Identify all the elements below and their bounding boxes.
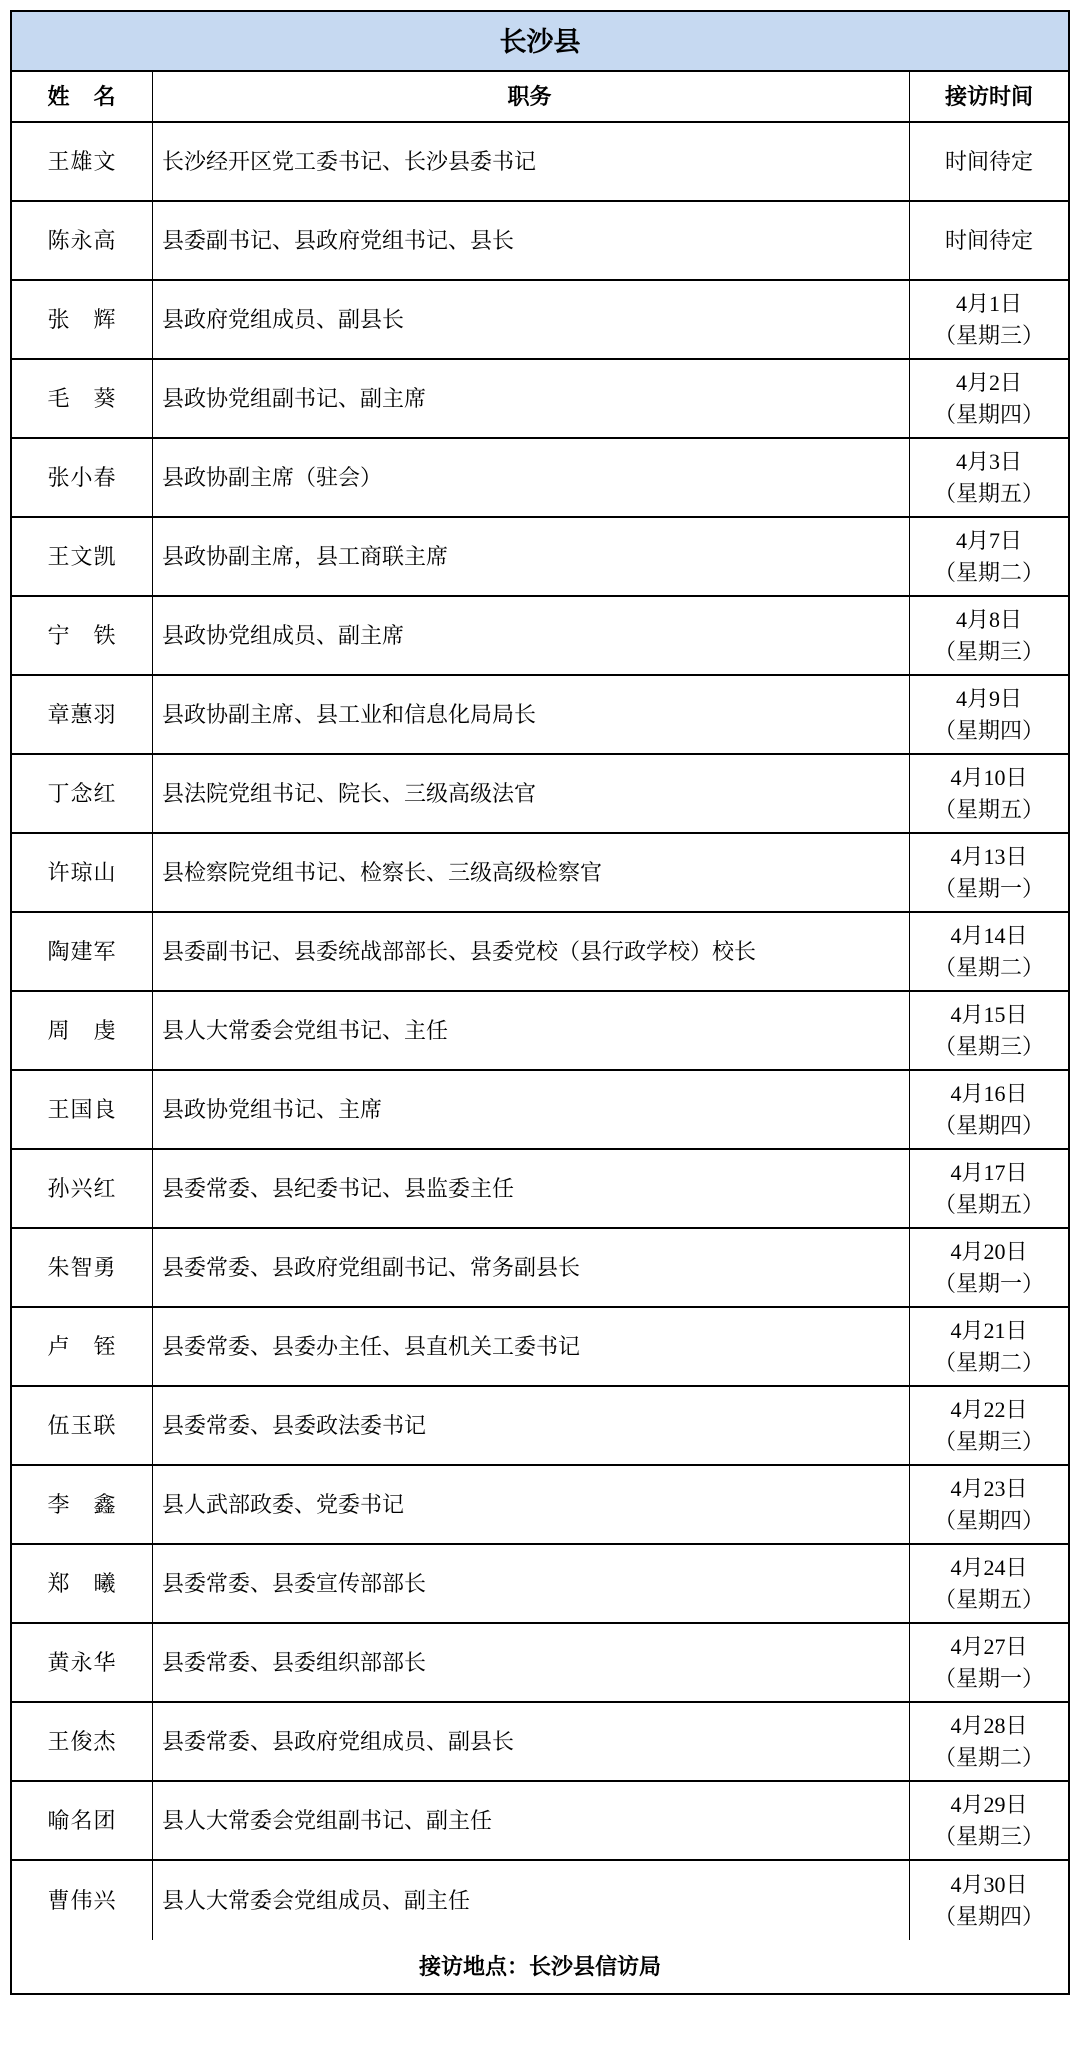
table-row: 朱智勇 县委常委、县政府党组副书记、常务副县长 4月20日 （星期一）	[12, 1229, 1068, 1308]
table-row: 陈永高 县委副书记、县政府党组书记、县长 时间待定	[12, 202, 1068, 281]
table-row: 王俊杰 县委常委、县政府党组成员、副县长 4月28日 （星期二）	[12, 1703, 1068, 1782]
table-row: 黄永华 县委常委、县委组织部部长 4月27日 （星期一）	[12, 1624, 1068, 1703]
visit-date: 4月23日	[950, 1473, 1027, 1505]
visit-weekday: （星期四）	[934, 399, 1044, 431]
visit-date: 4月1日	[956, 288, 1022, 320]
visit-time-cell: 4月14日 （星期二）	[910, 913, 1068, 990]
table-row: 曹伟兴 县人大常委会党组成员、副主任 4月30日 （星期四）	[12, 1861, 1068, 1940]
visit-time-cell: 4月17日 （星期五）	[910, 1150, 1068, 1227]
official-name: 黄永华	[12, 1624, 152, 1701]
official-position: 县检察院党组书记、检察长、三级高级检察官	[152, 834, 910, 911]
table-body: 王雄文 长沙经开区党工委书记、长沙县委书记 时间待定 陈永高 县委副书记、县政府…	[12, 123, 1068, 1940]
visit-weekday: （星期三）	[934, 1031, 1044, 1063]
visit-time-cell: 4月29日 （星期三）	[910, 1782, 1068, 1859]
table-row: 张 辉 县政府党组成员、副县长 4月1日 （星期三）	[12, 281, 1068, 360]
official-position: 县委副书记、县政府党组书记、县长	[152, 202, 910, 279]
visit-time-cell: 4月20日 （星期一）	[910, 1229, 1068, 1306]
official-name: 王俊杰	[12, 1703, 152, 1780]
official-name: 丁念红	[12, 755, 152, 832]
official-position: 县人武部政委、党委书记	[152, 1466, 910, 1543]
visit-date: 4月15日	[950, 999, 1027, 1031]
visit-time-cell: 时间待定	[910, 202, 1068, 279]
visit-date: 4月10日	[950, 762, 1027, 794]
official-name: 许琼山	[12, 834, 152, 911]
official-position: 县人大常委会党组成员、副主任	[152, 1861, 910, 1940]
official-position: 县政协副主席、县工业和信息化局局长	[152, 676, 910, 753]
visit-date: 4月27日	[950, 1631, 1027, 1663]
official-position: 县政协党组成员、副主席	[152, 597, 910, 674]
visit-date: 4月13日	[950, 841, 1027, 873]
visit-weekday: （星期五）	[934, 794, 1044, 826]
table-row: 王雄文 长沙经开区党工委书记、长沙县委书记 时间待定	[12, 123, 1068, 202]
official-position: 县政协副主席（驻会）	[152, 439, 910, 516]
county-title-bar: 长沙县	[12, 12, 1068, 72]
table-row: 郑 曦 县委常委、县委宣传部部长 4月24日 （星期五）	[12, 1545, 1068, 1624]
official-position: 长沙经开区党工委书记、长沙县委书记	[152, 123, 910, 200]
table-row: 章蕙羽 县政协副主席、县工业和信息化局局长 4月9日 （星期四）	[12, 676, 1068, 755]
visit-weekday: （星期四）	[934, 1110, 1044, 1142]
visit-weekday: （星期三）	[934, 320, 1044, 352]
county-title: 长沙县	[500, 27, 581, 57]
table-row: 王国良 县政协党组书记、主席 4月16日 （星期四）	[12, 1071, 1068, 1150]
visit-date: 4月7日	[956, 525, 1022, 557]
visit-date: 4月8日	[956, 604, 1022, 636]
table-footer-row: 接访地点：长沙县信访局	[12, 1940, 1068, 1993]
official-position: 县法院党组书记、院长、三级高级法官	[152, 755, 910, 832]
visit-date: 4月21日	[950, 1315, 1027, 1347]
visit-time-cell: 4月15日 （星期三）	[910, 992, 1068, 1069]
official-position: 县委常委、县纪委书记、县监委主任	[152, 1150, 910, 1227]
visit-date: 4月24日	[950, 1552, 1027, 1584]
visit-time-cell: 4月9日 （星期四）	[910, 676, 1068, 753]
table-row: 陶建军 县委副书记、县委统战部部长、县委党校（县行政学校）校长 4月14日 （星…	[12, 913, 1068, 992]
official-position: 县政协党组副书记、副主席	[152, 360, 910, 437]
official-name: 陶建军	[12, 913, 152, 990]
visit-date: 时间待定	[945, 225, 1033, 257]
visit-date: 时间待定	[945, 146, 1033, 178]
visit-time-cell: 4月30日 （星期四）	[910, 1861, 1068, 1940]
official-position: 县人大常委会党组副书记、副主任	[152, 1782, 910, 1859]
official-position: 县委常委、县委政法委书记	[152, 1387, 910, 1464]
table-row: 孙兴红 县委常委、县纪委书记、县监委主任 4月17日 （星期五）	[12, 1150, 1068, 1229]
official-name: 卢 铚	[12, 1308, 152, 1385]
visit-date: 4月2日	[956, 367, 1022, 399]
official-position: 县委常委、县委组织部部长	[152, 1624, 910, 1701]
visit-time-cell: 4月2日 （星期四）	[910, 360, 1068, 437]
visit-time-cell: 4月27日 （星期一）	[910, 1624, 1068, 1701]
visit-weekday: （星期五）	[934, 478, 1044, 510]
visit-time-cell: 4月8日 （星期三）	[910, 597, 1068, 674]
table-row: 伍玉联 县委常委、县委政法委书记 4月22日 （星期三）	[12, 1387, 1068, 1466]
table-row: 李 鑫 县人武部政委、党委书记 4月23日 （星期四）	[12, 1466, 1068, 1545]
visit-weekday: （星期一）	[934, 1268, 1044, 1300]
table-row: 卢 铚 县委常委、县委办主任、县直机关工委书记 4月21日 （星期二）	[12, 1308, 1068, 1387]
official-name: 张小春	[12, 439, 152, 516]
schedule-table: 长沙县 姓 名 职务 接访时间 王雄文 长沙经开区党工委书记、长沙县委书记 时间…	[10, 10, 1070, 1995]
visit-weekday: （星期四）	[934, 715, 1044, 747]
visit-weekday: （星期三）	[934, 636, 1044, 668]
visit-weekday: （星期三）	[934, 1821, 1044, 1853]
visit-date: 4月17日	[950, 1157, 1027, 1189]
visit-date: 4月14日	[950, 920, 1027, 952]
table-row: 喻名团 县人大常委会党组副书记、副主任 4月29日 （星期三）	[12, 1782, 1068, 1861]
visit-time-cell: 4月28日 （星期二）	[910, 1703, 1068, 1780]
visit-weekday: （星期二）	[934, 1347, 1044, 1379]
visit-weekday: （星期三）	[934, 1426, 1044, 1458]
table-row: 张小春 县政协副主席（驻会） 4月3日 （星期五）	[12, 439, 1068, 518]
visit-weekday: （星期四）	[934, 1505, 1044, 1537]
official-position: 县委常委、县政府党组副书记、常务副县长	[152, 1229, 910, 1306]
visit-time-cell: 4月22日 （星期三）	[910, 1387, 1068, 1464]
table-row: 周 虔 县人大常委会党组书记、主任 4月15日 （星期三）	[12, 992, 1068, 1071]
official-position: 县人大常委会党组书记、主任	[152, 992, 910, 1069]
visit-time-cell: 4月24日 （星期五）	[910, 1545, 1068, 1622]
official-name: 王文凯	[12, 518, 152, 595]
visit-date: 4月9日	[956, 683, 1022, 715]
visit-location-label: 接访地点：长沙县信访局	[419, 1954, 661, 1979]
official-position: 县政协党组书记、主席	[152, 1071, 910, 1148]
visit-date: 4月20日	[950, 1236, 1027, 1268]
official-position: 县政协副主席，县工商联主席	[152, 518, 910, 595]
visit-date: 4月16日	[950, 1078, 1027, 1110]
official-name: 毛 葵	[12, 360, 152, 437]
visit-weekday: （星期二）	[934, 952, 1044, 984]
visit-date: 4月28日	[950, 1710, 1027, 1742]
table-row: 宁 铁 县政协党组成员、副主席 4月8日 （星期三）	[12, 597, 1068, 676]
visit-time-cell: 4月1日 （星期三）	[910, 281, 1068, 358]
visit-time-cell: 4月3日 （星期五）	[910, 439, 1068, 516]
visit-date: 4月22日	[950, 1394, 1027, 1426]
official-position: 县委副书记、县委统战部部长、县委党校（县行政学校）校长	[152, 913, 910, 990]
visit-weekday: （星期五）	[934, 1584, 1044, 1616]
official-name: 郑 曦	[12, 1545, 152, 1622]
official-name: 周 虔	[12, 992, 152, 1069]
official-name: 李 鑫	[12, 1466, 152, 1543]
official-position: 县委常委、县委办主任、县直机关工委书记	[152, 1308, 910, 1385]
visit-weekday: （星期一）	[934, 1663, 1044, 1695]
table-row: 丁念红 县法院党组书记、院长、三级高级法官 4月10日 （星期五）	[12, 755, 1068, 834]
official-name: 伍玉联	[12, 1387, 152, 1464]
visit-time-cell: 4月10日 （星期五）	[910, 755, 1068, 832]
official-name: 王国良	[12, 1071, 152, 1148]
visit-weekday: （星期二）	[934, 557, 1044, 589]
visit-time-cell: 4月7日 （星期二）	[910, 518, 1068, 595]
official-name: 陈永高	[12, 202, 152, 279]
official-position: 县政府党组成员、副县长	[152, 281, 910, 358]
official-name: 王雄文	[12, 123, 152, 200]
table-header-row: 姓 名 职务 接访时间	[12, 72, 1068, 123]
visit-weekday: （星期五）	[934, 1189, 1044, 1221]
visit-time-cell: 时间待定	[910, 123, 1068, 200]
official-name: 孙兴红	[12, 1150, 152, 1227]
visit-date: 4月29日	[950, 1789, 1027, 1821]
table-row: 毛 葵 县政协党组副书记、副主席 4月2日 （星期四）	[12, 360, 1068, 439]
visit-weekday: （星期一）	[934, 873, 1044, 905]
table-row: 许琼山 县检察院党组书记、检察长、三级高级检察官 4月13日 （星期一）	[12, 834, 1068, 913]
visit-date: 4月3日	[956, 446, 1022, 478]
column-header-time: 接访时间	[910, 72, 1068, 121]
official-position: 县委常委、县政府党组成员、副县长	[152, 1703, 910, 1780]
official-name: 朱智勇	[12, 1229, 152, 1306]
visit-time-cell: 4月23日 （星期四）	[910, 1466, 1068, 1543]
official-name: 张 辉	[12, 281, 152, 358]
official-name: 章蕙羽	[12, 676, 152, 753]
visit-time-cell: 4月13日 （星期一）	[910, 834, 1068, 911]
official-name: 喻名团	[12, 1782, 152, 1859]
official-name: 宁 铁	[12, 597, 152, 674]
visit-time-cell: 4月21日 （星期二）	[910, 1308, 1068, 1385]
visit-time-cell: 4月16日 （星期四）	[910, 1071, 1068, 1148]
visit-date: 4月30日	[950, 1869, 1027, 1901]
column-header-name: 姓 名	[12, 72, 152, 121]
visit-weekday: （星期四）	[934, 1901, 1044, 1933]
official-position: 县委常委、县委宣传部部长	[152, 1545, 910, 1622]
table-row: 王文凯 县政协副主席，县工商联主席 4月7日 （星期二）	[12, 518, 1068, 597]
column-header-position: 职务	[152, 72, 910, 121]
official-name: 曹伟兴	[12, 1861, 152, 1940]
visit-weekday: （星期二）	[934, 1742, 1044, 1774]
